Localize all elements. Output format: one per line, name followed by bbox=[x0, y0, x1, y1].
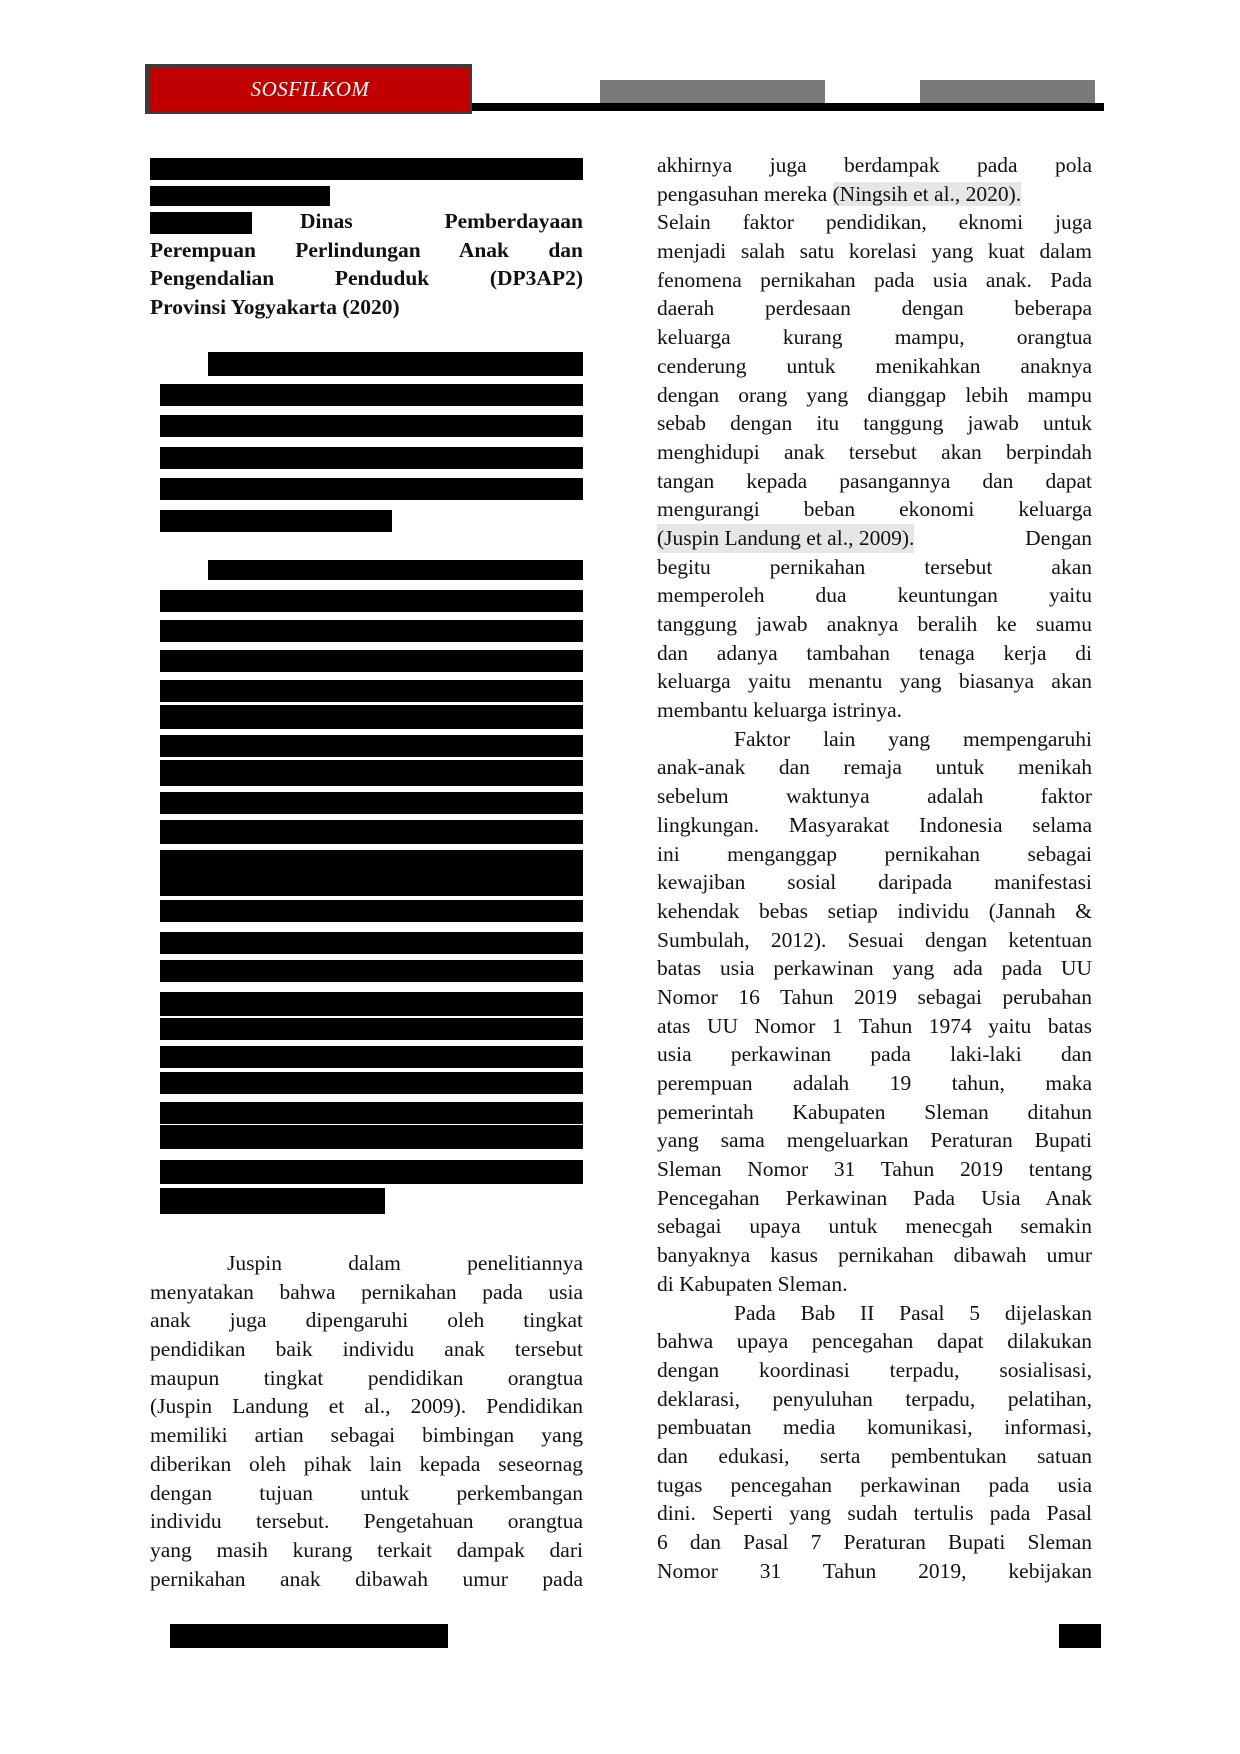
text-line: dan adanya tambahan tenaga kerja di bbox=[657, 639, 1092, 668]
text-line: keluarga kurang mampu, orangtua bbox=[657, 323, 1092, 352]
text-line: bahwa upaya pencegahan dapat dilakukan bbox=[657, 1327, 1092, 1356]
text-line: individu tersebut. Pengetahuan orangtua bbox=[150, 1507, 583, 1536]
text-line: Nomor 16 Tahun 2019 sebagai perubahan bbox=[657, 983, 1092, 1012]
text-line: cenderung untuk menikahkan anaknya bbox=[657, 352, 1092, 381]
text-line: dengan koordinasi terpadu, sosialisasi, bbox=[657, 1356, 1092, 1385]
text-line: membantu keluarga istrinya. bbox=[657, 696, 1092, 725]
text-line: sebab dengan itu tanggung jawab untuk bbox=[657, 409, 1092, 438]
text-line: anak-anak dan remaja untuk menikah bbox=[657, 753, 1092, 782]
text-line: di Kabupaten Sleman. bbox=[657, 1270, 1092, 1299]
redacted-page-number bbox=[1059, 1624, 1101, 1648]
text-line: Juspin dalam penelitiannya bbox=[150, 1249, 583, 1278]
text-line: pernikahan anak dibawah umur pada bbox=[150, 1565, 583, 1594]
text-line: batas usia perkawinan yang ada pada UU bbox=[657, 954, 1092, 983]
text-line: Selain faktor pendidikan, eknomi juga bbox=[657, 208, 1092, 237]
text-line: anak juga dipengaruhi oleh tingkat bbox=[150, 1306, 583, 1335]
document-page: SOSFILKOM Dinas Pemberdayaan Perempuan P… bbox=[0, 0, 1240, 1754]
journal-name-badge: SOSFILKOM bbox=[150, 68, 470, 111]
redacted-caption-line-2 bbox=[150, 186, 330, 206]
text-line: Nomor 31 Tahun 2019, kebijakan bbox=[657, 1557, 1092, 1586]
text-line: kehendak bebas setiap individu (Jannah & bbox=[657, 897, 1092, 926]
text-line: tangan kepada pasangannya dan dapat bbox=[657, 467, 1092, 496]
figure-caption: Dinas Pemberdayaan Perempuan Perlindunga… bbox=[150, 207, 583, 322]
paragraph-juspin: Juspin dalam penelitiannya menyatakan ba… bbox=[150, 1249, 583, 1593]
text-line: dini. Seperti yang sudah tertulis pada P… bbox=[657, 1499, 1092, 1528]
text-line: menghidupi anak tersebut akan berpindah bbox=[657, 438, 1092, 467]
text-line: menjadi salah satu korelasi yang kuat da… bbox=[657, 237, 1092, 266]
text-line: Pada Bab II Pasal 5 dijelaskan bbox=[657, 1299, 1092, 1328]
text-line: dengan tujuan untuk perkembangan bbox=[150, 1479, 583, 1508]
text-line: (Juspin Landung et al., 2009).Dengan bbox=[657, 524, 1092, 553]
text-line: Sumbulah, 2012). Sesuai dengan ketentuan bbox=[657, 926, 1092, 955]
text-line: yang masih kurang terkait dampak dari bbox=[150, 1536, 583, 1565]
caption-line: Perempuan Perlindungan Anak dan bbox=[150, 236, 583, 265]
header-rule bbox=[472, 103, 1104, 111]
right-column: akhirnya juga berdampak pada pola pengas… bbox=[657, 151, 1092, 1585]
text-line: memiliki artian sebagai bimbingan yang bbox=[150, 1421, 583, 1450]
text-line: Pencegahan Perkawinan Pada Usia Anak bbox=[657, 1184, 1092, 1213]
text-line: pengasuhan mereka (Ningsih et al., 2020)… bbox=[657, 180, 1092, 209]
redacted-running-head-1 bbox=[600, 80, 825, 104]
text-line: begitu pernikahan tersebut akan bbox=[657, 553, 1092, 582]
text-line: dan edukasi, serta pembentukan satuan bbox=[657, 1442, 1092, 1471]
text-line: ini menganggap pernikahan sebagai bbox=[657, 840, 1092, 869]
text-line: Faktor lain yang mempengaruhi bbox=[657, 725, 1092, 754]
text-line: yang sama mengeluarkan Peraturan Bupati bbox=[657, 1126, 1092, 1155]
text-line: sebelum waktunya adalah faktor bbox=[657, 782, 1092, 811]
text-line: diberikan oleh pihak lain kepada seseorn… bbox=[150, 1450, 583, 1479]
citation-ningsih-2020[interactable]: (Ningsih et al., 2020). bbox=[833, 182, 1022, 206]
text-line: memperoleh dua keuntungan yaitu bbox=[657, 581, 1092, 610]
text-line: pemerintah Kabupaten Sleman ditahun bbox=[657, 1098, 1092, 1127]
text-line: menyatakan bahwa pernikahan pada usia bbox=[150, 1278, 583, 1307]
redacted-running-head-2 bbox=[920, 80, 1095, 104]
caption-line: Provinsi Yogyakarta (2020) bbox=[150, 293, 583, 322]
text-line: mengurangi beban ekonomi keluarga bbox=[657, 495, 1092, 524]
text-line: kewajiban sosial daripada manifestasi bbox=[657, 868, 1092, 897]
text-line: 6 dan Pasal 7 Peraturan Bupati Sleman bbox=[657, 1528, 1092, 1557]
text-line: akhirnya juga berdampak pada pola bbox=[657, 151, 1092, 180]
text-line: atas UU Nomor 1 Tahun 1974 yaitu batas bbox=[657, 1012, 1092, 1041]
text-line: (Juspin Landung et al., 2009). Pendidika… bbox=[150, 1392, 583, 1421]
redacted-caption-line-1 bbox=[150, 158, 583, 180]
text-line: pembuatan media komunikasi, informasi, bbox=[657, 1413, 1092, 1442]
redacted-footer-citation bbox=[170, 1624, 448, 1648]
citation-juspin-2009[interactable]: (Juspin Landung et al., 2009). bbox=[657, 524, 914, 553]
text-line: usia perkawinan pada laki-laki dan bbox=[657, 1040, 1092, 1069]
text-line: pendidikan baik individu anak tersebut bbox=[150, 1335, 583, 1364]
text-line: maupun tingkat pendidikan orangtua bbox=[150, 1364, 583, 1393]
text-line: perempuan adalah 19 tahun, maka bbox=[657, 1069, 1092, 1098]
caption-line: Pengendalian Penduduk (DP3AP2) bbox=[150, 264, 583, 293]
text-line: tanggung jawab anaknya beralih ke suamu bbox=[657, 610, 1092, 639]
text-line: fenomena pernikahan pada usia anak. Pada bbox=[657, 266, 1092, 295]
text-line: keluarga yaitu menantu yang biasanya aka… bbox=[657, 667, 1092, 696]
text-line: lingkungan. Masyarakat Indonesia selama bbox=[657, 811, 1092, 840]
text-line: sebagai upaya untuk menecgah semakin bbox=[657, 1212, 1092, 1241]
text-line: Sleman Nomor 31 Tahun 2019 tentang bbox=[657, 1155, 1092, 1184]
text-line: daerah perdesaan dengan beberapa bbox=[657, 294, 1092, 323]
caption-line: Dinas Pemberdayaan bbox=[150, 207, 583, 236]
text-line: banyaknya kasus pernikahan dibawah umur bbox=[657, 1241, 1092, 1270]
text-line: deklarasi, penyuluhan terpadu, pelatihan… bbox=[657, 1385, 1092, 1414]
text-line: tugas pencegahan perkawinan pada usia bbox=[657, 1471, 1092, 1500]
text-line: dengan orang yang dianggap lebih mampu bbox=[657, 381, 1092, 410]
